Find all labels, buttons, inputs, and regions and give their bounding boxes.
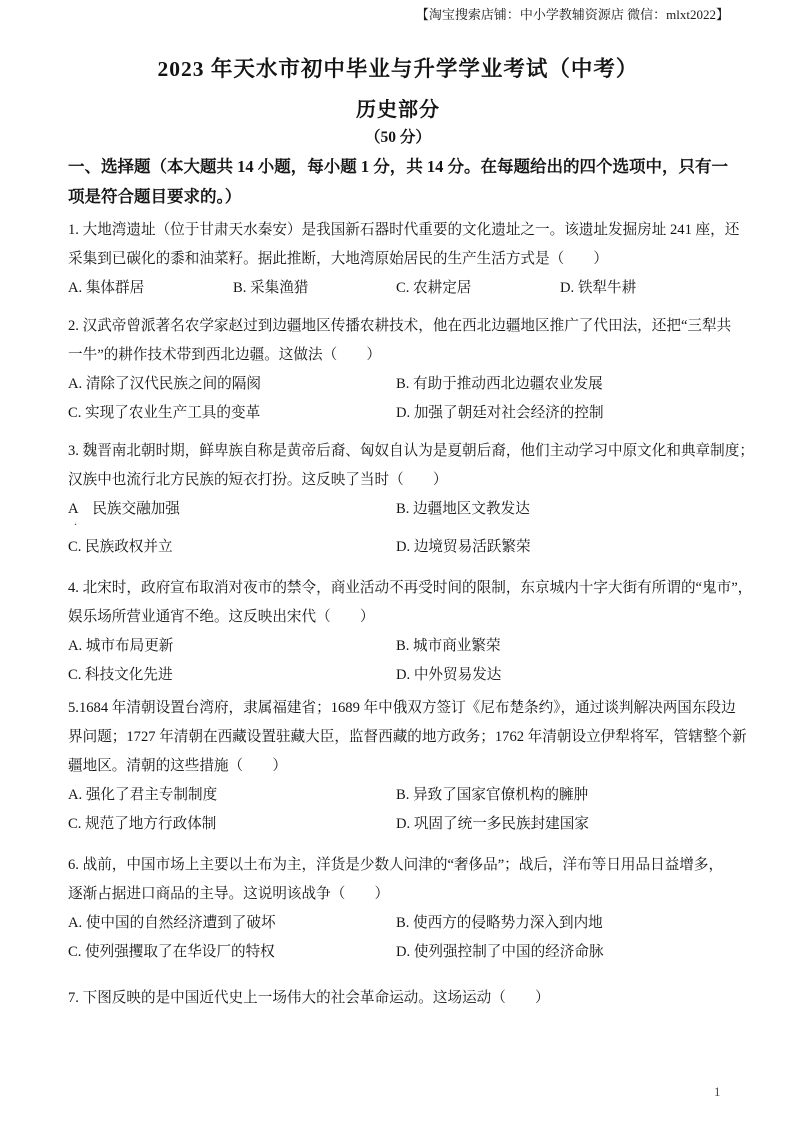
- question-6-text-line1: 6. 战前，中国市场上主要以土布为主，洋货是少数人问津的“奢侈品”；战后，洋布等…: [68, 851, 728, 880]
- question-5-option-c: C. 规范了地方行政体制: [68, 810, 396, 839]
- question-1-option-c: C. 农耕定居: [396, 274, 560, 303]
- question-3-options-row1: A 民族交融加强 B. 边疆地区文教发达 .: [68, 495, 728, 524]
- question-7-text-line1: 7. 下图反映的是中国近代史上一场伟大的社会革命运动。这场运动（ ）: [68, 984, 728, 1013]
- question-5: 5.1684 年清朝设置台湾府，隶属福建省；1689 年中俄双方签订《尼布楚条约…: [68, 694, 728, 839]
- exam-title: 2023 年天水市初中毕业与升学学业考试（中考）: [68, 54, 728, 84]
- question-5-text-line3: 疆地区。清朝的这些措施（ ）: [68, 752, 728, 781]
- question-1: 1. 大地湾遗址（位于甘肃天水秦安）是我国新石器时代重要的文化遗址之一。该遗址发…: [68, 216, 728, 303]
- question-6-options-row1: A. 使中国的自然经济遭到了破坏 B. 使西方的侵略势力深入到内地: [68, 909, 728, 938]
- exam-document-page: 【淘宝搜索店铺：中小学教辅资源店 微信：mlxt2022】 2023 年天水市初…: [0, 0, 793, 1122]
- question-3-option-c: C. 民族政权并立: [68, 533, 396, 562]
- question-2-option-a: A. 清除了汉代民族之间的隔阂: [68, 370, 396, 399]
- question-2-options-row1: A. 清除了汉代民族之间的隔阂 B. 有助于推动西北边疆农业发展: [68, 370, 728, 399]
- question-2-option-d: D. 加强了朝廷对社会经济的控制: [396, 399, 604, 428]
- question-7: 7. 下图反映的是中国近代史上一场伟大的社会革命运动。这场运动（ ）: [68, 984, 728, 1013]
- question-3-text-line1: 3. 魏晋南北朝时期，鲜卑族自称是黄帝后裔、匈奴自认为是夏朝后裔，他们主动学习中…: [68, 437, 728, 466]
- question-6: 6. 战前，中国市场上主要以土布为主，洋货是少数人问津的“奢侈品”；战后，洋布等…: [68, 851, 728, 967]
- question-5-text-line1: 5.1684 年清朝设置台湾府，隶属福建省；1689 年中俄双方签订《尼布楚条约…: [68, 694, 728, 723]
- question-5-option-b: B. 异致了国家官僚机构的臃肿: [396, 781, 588, 810]
- question-6-option-d: D. 使列强控制了中国的经济命脉: [396, 938, 604, 967]
- question-5-text-line2: 界问题；1727 年清朝在西藏设置驻藏大臣，监督西藏的地方政务；1762 年清朝…: [68, 723, 728, 752]
- question-4-option-b: B. 城市商业繁荣: [396, 632, 501, 661]
- section-instructions-line1: 一、选择题（本大题共 14 小题，每小题 1 分，共 14 分。在每题给出的四个…: [68, 152, 728, 182]
- question-5-options-row1: A. 强化了君主专制制度 B. 异致了国家官僚机构的臃肿: [68, 781, 728, 810]
- question-3-options-row2: C. 民族政权并立 D. 边境贸易活跃繁荣: [68, 533, 728, 562]
- question-2-option-c: C. 实现了农业生产工具的变革: [68, 399, 396, 428]
- question-5-options-row2: C. 规范了地方行政体制 D. 巩固了统一多民族封建国家: [68, 810, 728, 839]
- question-4: 4. 北宋时，政府宣布取消对夜市的禁令，商业活动不再受时间的限制，东京城内十字大…: [68, 574, 728, 690]
- question-1-option-b: B. 采集渔猎: [233, 274, 396, 303]
- question-1-option-d: D. 铁犁牛耕: [560, 274, 636, 303]
- question-4-option-c: C. 科技文化先进: [68, 661, 396, 690]
- shop-watermark-notice: 【淘宝搜索店铺：中小学教辅资源店 微信：mlxt2022】: [416, 6, 729, 24]
- question-1-options: A. 集体群居 B. 采集渔猎 C. 农耕定居 D. 铁犁牛耕: [68, 274, 728, 303]
- question-6-options-row2: C. 使列强攫取了在华设厂的特权 D. 使列强控制了中国的经济命脉: [68, 938, 728, 967]
- question-4-option-d: D. 中外贸易发达: [396, 661, 501, 690]
- question-2-text-line2: 一牛”的耕作技术带到西北边疆。这做法（ ）: [68, 341, 728, 370]
- exam-total-score: （50 分）: [68, 128, 728, 148]
- question-3-option-b: B. 边疆地区文教发达: [396, 495, 530, 524]
- page-number: 1: [714, 1084, 721, 1100]
- question-5-option-a: A. 强化了君主专制制度: [68, 781, 396, 810]
- question-5-option-d: D. 巩固了统一多民族封建国家: [396, 810, 589, 839]
- stray-print-dot: .: [74, 515, 77, 527]
- question-2-text-line1: 2. 汉武帝曾派著名农学家赵过到边疆地区传播农耕技术，他在西北边疆地区推广了代田…: [68, 312, 728, 341]
- question-2: 2. 汉武帝曾派著名农学家赵过到边疆地区传播农耕技术，他在西北边疆地区推广了代田…: [68, 312, 728, 428]
- document-content: 2023 年天水市初中毕业与升学学业考试（中考） 历史部分 （50 分） 一、选…: [68, 54, 728, 1013]
- section-instructions-line2: 项是符合题目要求的。）: [68, 182, 728, 212]
- question-6-option-b: B. 使西方的侵略势力深入到内地: [396, 909, 603, 938]
- question-4-options-row2: C. 科技文化先进 D. 中外贸易发达: [68, 661, 728, 690]
- question-1-option-a: A. 集体群居: [68, 274, 233, 303]
- question-2-options-row2: C. 实现了农业生产工具的变革 D. 加强了朝廷对社会经济的控制: [68, 399, 728, 428]
- question-4-option-a: A. 城市布局更新: [68, 632, 396, 661]
- question-6-option-c: C. 使列强攫取了在华设厂的特权: [68, 938, 396, 967]
- question-3: 3. 魏晋南北朝时期，鲜卑族自称是黄帝后裔、匈奴自认为是夏朝后裔，他们主动学习中…: [68, 437, 728, 562]
- question-4-options-row1: A. 城市布局更新 B. 城市商业繁荣: [68, 632, 728, 661]
- question-1-text-line1: 1. 大地湾遗址（位于甘肃天水秦安）是我国新石器时代重要的文化遗址之一。该遗址发…: [68, 216, 728, 245]
- question-2-option-b: B. 有助于推动西北边疆农业发展: [396, 370, 603, 399]
- question-1-text-line2: 采集到已碳化的黍和油菜籽。据此推断，大地湾原始居民的生产生活方式是（ ）: [68, 245, 728, 274]
- question-6-text-line2: 逐渐占据进口商品的主导。这说明该战争（ ）: [68, 880, 728, 909]
- question-4-text-line2: 娱乐场所营业通宵不绝。这反映出宋代（ ）: [68, 603, 728, 632]
- question-3-text-line2: 汉族中也流行北方民族的短衣打扮。这反映了当时（ ）: [68, 466, 728, 495]
- question-3-option-a: A 民族交融加强: [68, 495, 396, 524]
- question-3-option-d: D. 边境贸易活跃繁荣: [396, 533, 531, 562]
- section-instructions: 一、选择题（本大题共 14 小题，每小题 1 分，共 14 分。在每题给出的四个…: [68, 152, 728, 212]
- question-4-text-line1: 4. 北宋时，政府宣布取消对夜市的禁令，商业活动不再受时间的限制，东京城内十字大…: [68, 574, 728, 603]
- question-6-option-a: A. 使中国的自然经济遭到了破坏: [68, 909, 396, 938]
- exam-subject-title: 历史部分: [68, 96, 728, 124]
